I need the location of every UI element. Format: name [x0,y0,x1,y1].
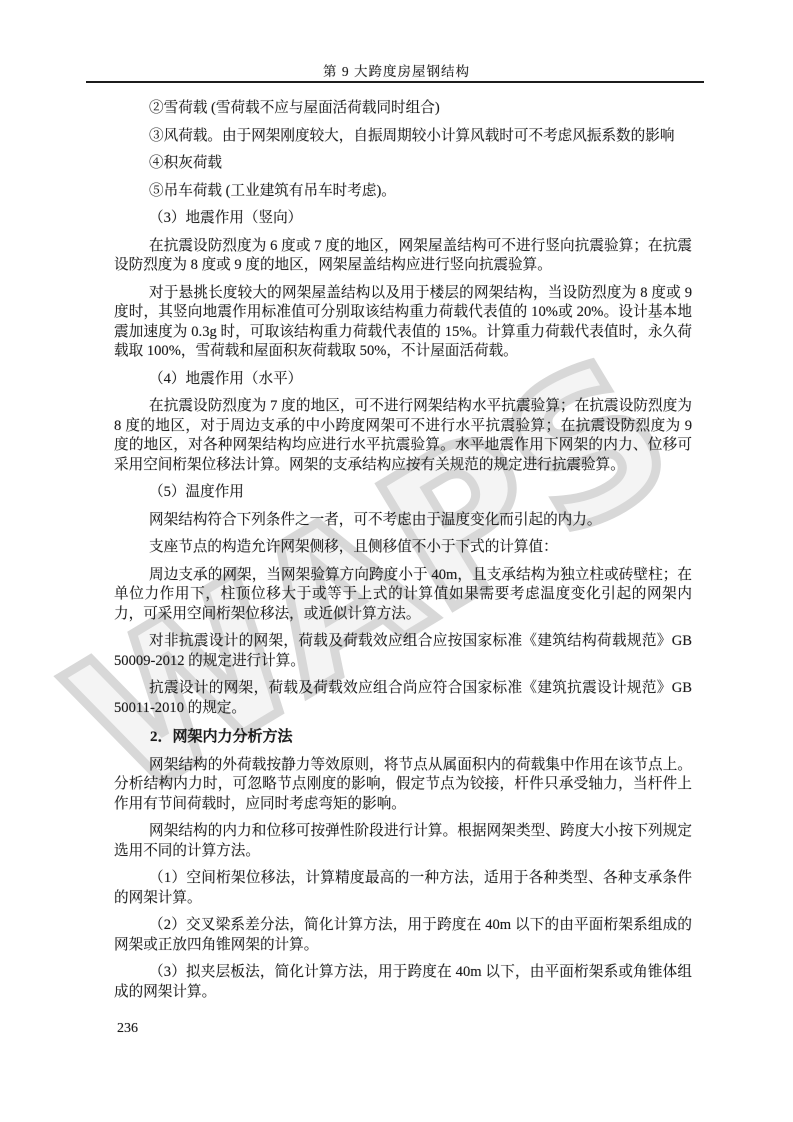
paragraph: ⑤吊车荷载 (工业建筑有吊车时考虑)。 [114,182,692,202]
page-content: ②雪荷载 (雪荷载不应与屋面活荷载同时组合) ③风荷载。由于网架刚度较大，自振周… [114,99,692,1039]
paragraph: 网架结构的内力和位移可按弹性阶段进行计算。根据网架类型、跨度大小按下列规定选用不… [114,822,692,861]
paragraph: ③风荷载。由于网架刚度较大，自振周期较小计算风载时可不考虑风振系数的影响 [114,127,692,147]
paragraph: 在抗震设防烈度为 7 度的地区，可不进行网架结构水平抗震验算；在抗震设防烈度为 … [114,397,692,475]
page-number: 236 [114,1019,692,1039]
paragraph: 支座节点的构造允许网架侧移，且侧移值不小于下式的计算值： [114,538,692,558]
paragraph: （1）空间桁架位移法，计算精度最高的一种方法，适用于各种类型、各种支承条件的网架… [114,869,692,908]
document-page: WAPS 第 9 大跨度房屋钢结构 ②雪荷载 (雪荷载不应与屋面活荷载同时组合)… [0,0,793,1122]
paragraph: ②雪荷载 (雪荷载不应与屋面活荷载同时组合) [114,99,692,119]
section-heading: 2．网架内力分析方法 [114,728,692,748]
section-subheading: （4）地震作用（水平） [114,370,692,390]
paragraph: 对非抗震设计的网架，荷载及荷载效应组合应按国家标准《建筑结构荷载规范》GB 50… [114,632,692,671]
paragraph: （3）拟夹层板法，简化计算方法，用于跨度在 40m 以下，由平面桁架系或角锥体组… [114,963,692,1002]
section-subheading: （5）温度作用 [114,483,692,503]
paragraph: 网架结构的外荷载按静力等效原则，将节点从属面积内的荷载集中作用在该节点上。分析结… [114,756,692,815]
paragraph: 网架结构符合下列条件之一者，可不考虑由于温度变化而引起的内力。 [114,511,692,531]
running-header: 第 9 大跨度房屋钢结构 [0,60,793,80]
header-rule [86,81,704,83]
paragraph: 周边支承的网架，当网架验算方向跨度小于 40m，且支承结构为独立柱或砖壁柱；在单… [114,566,692,625]
paragraph: （2）交叉梁系差分法，简化计算方法，用于跨度在 40m 以下的由平面桁架系组成的… [114,916,692,955]
paragraph: 对于悬挑长度较大的网架屋盖结构以及用于楼层的网架结构，当设防烈度为 8 度或 9… [114,284,692,362]
paragraph: ④积灰荷载 [114,154,692,174]
paragraph: 在抗震设防烈度为 6 度或 7 度的地区，网架屋盖结构可不进行竖向抗震验算；在抗… [114,237,692,276]
section-subheading: （3）地震作用（竖向） [114,209,692,229]
paragraph: 抗震设计的网架，荷载及荷载效应组合尚应符合国家标准《建筑抗震设计规范》GB 50… [114,679,692,718]
